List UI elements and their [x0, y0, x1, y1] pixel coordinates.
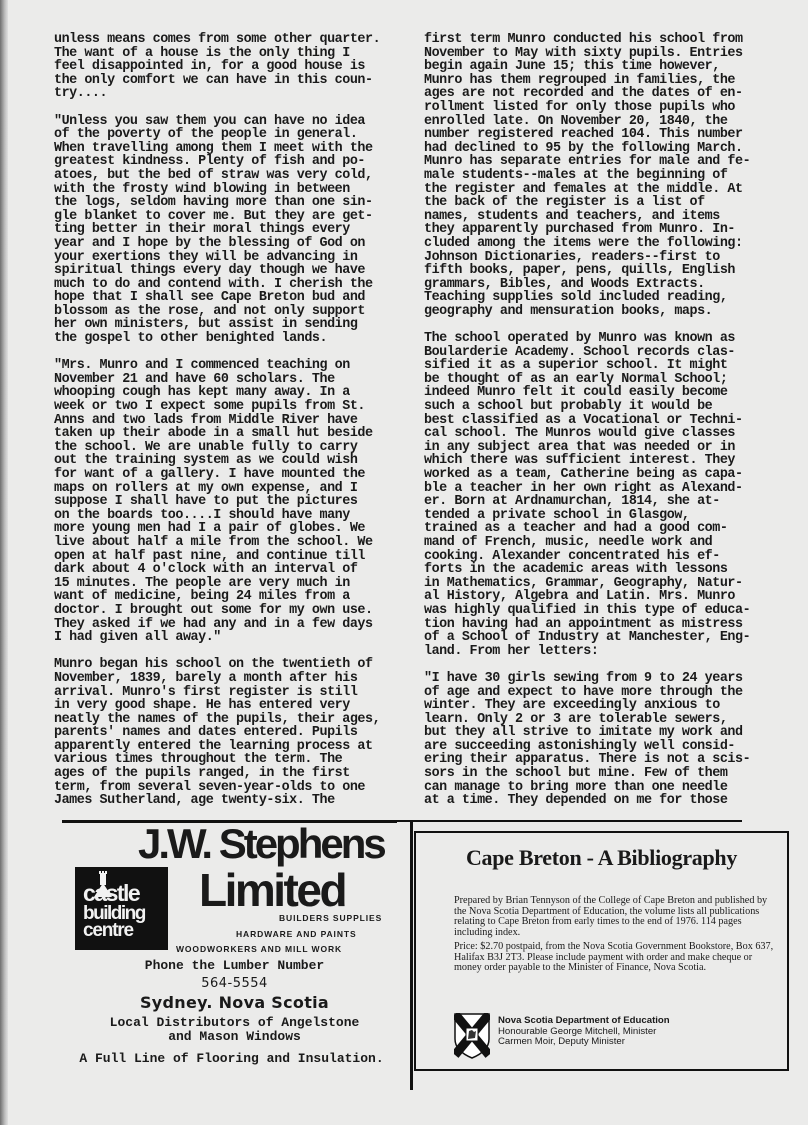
nova-scotia-crest-icon [454, 1013, 490, 1059]
department-name: Nova Scotia Department of Education [498, 1016, 670, 1027]
bibliography-title: Cape Breton - A Bibliography [416, 845, 787, 871]
logo-text: castle [83, 881, 139, 905]
castle-building-centre-logo: castle building centre [75, 867, 168, 950]
company-name: J.W. Stephens [138, 822, 384, 866]
distributors-text: Local Distributors of Angelstone and Mas… [62, 1016, 407, 1043]
tagline: A Full Line of Flooring and Insulation. [62, 1051, 407, 1066]
service-line: BUILDERS SUPPLIES [279, 913, 382, 923]
article-left-column: unless means comes from some other quart… [54, 33, 410, 821]
department-text: Nova Scotia Department of Education Hono… [498, 1016, 670, 1048]
page-spine-shadow [0, 0, 8, 1125]
bibliography-description: Prepared by Brian Tennyson of the Colleg… [454, 896, 774, 938]
city-name: Sydney. Nova Scotia [62, 994, 407, 1012]
logo-text: centre [83, 921, 133, 941]
article-right-column: first term Munro conducted his school fr… [424, 33, 790, 821]
department-block: Nova Scotia Department of Education Hono… [454, 1013, 774, 1063]
stephens-contact-block: Phone the Lumber Number 564-5554 Sydney.… [62, 958, 407, 1066]
article-paragraph: "Unless you saw them you can have no ide… [54, 115, 410, 346]
article-paragraph: "Mrs. Munro and I commenced teaching on … [54, 359, 410, 644]
service-line: HARDWARE AND PAINTS [236, 929, 357, 939]
company-suffix: Limited [199, 866, 345, 914]
article-paragraph: The school operated by Munro was known a… [424, 332, 790, 658]
phone-label: Phone the Lumber Number [62, 958, 407, 974]
article-paragraph: "I have 30 girls sewing from 9 to 24 yea… [424, 672, 790, 808]
bibliography-advertisement: Cape Breton - A Bibliography Prepared by… [414, 831, 789, 1071]
phone-number: 564-5554 [62, 976, 407, 992]
divider-horizontal [397, 820, 742, 822]
article-paragraph: Munro began his school on the twentieth … [54, 658, 410, 808]
bibliography-price-info: Price: $2.70 postpaid, from the Nova Sco… [454, 942, 774, 974]
article-paragraph: unless means comes from some other quart… [54, 33, 410, 101]
deputy-minister-name: Carmen Moir, Deputy Minister [498, 1037, 670, 1048]
divider-vertical [410, 822, 413, 1090]
service-line: WOODWORKERS AND MILL WORK [176, 944, 342, 954]
article-paragraph: first term Munro conducted his school fr… [424, 33, 790, 318]
